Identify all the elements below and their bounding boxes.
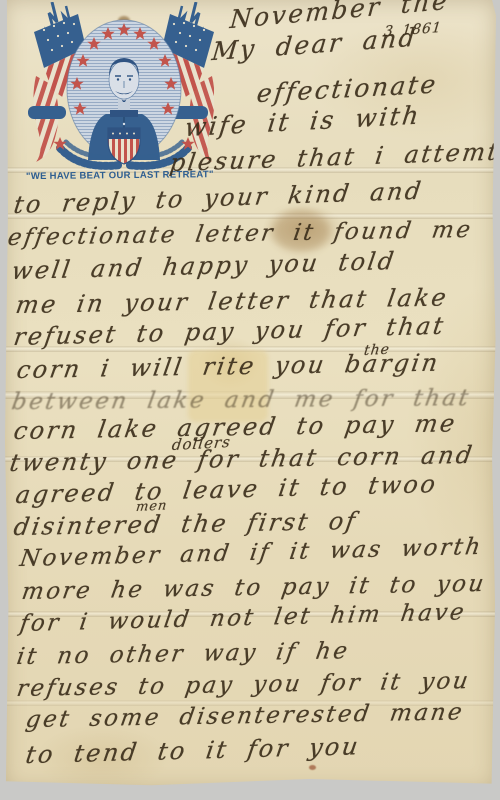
handwriting-superscript: the: [363, 342, 391, 359]
handwriting-line: wife it is with: [183, 101, 422, 143]
handwriting-line: it no other way if he: [15, 638, 352, 670]
letterhead-vignette: [22, 2, 214, 170]
handwriting-superscript: men: [135, 498, 168, 515]
handwriting-line: disintered the first of: [12, 507, 360, 541]
handwriting-line: for i would not let him have: [18, 599, 468, 637]
paper-stain: [309, 765, 316, 770]
handwriting-superscript: dollers: [171, 433, 232, 454]
letter-paper: "WE HAVE BEAT OUR LAST RETREAT" November…: [4, 0, 496, 790]
handwriting-line: refuses to pay you for it you: [15, 668, 472, 702]
handwriting-line: well and happy you told: [10, 247, 398, 285]
handwriting-line: to tend to it for you: [24, 732, 362, 769]
handwriting-line: corn lake agreed to pay me: [12, 409, 459, 445]
handwriting-line: effectionate letter it found me: [6, 217, 475, 251]
cannon-left-icon: [28, 106, 66, 119]
letter-scan: "WE HAVE BEAT OUR LAST RETREAT" November…: [0, 0, 500, 800]
